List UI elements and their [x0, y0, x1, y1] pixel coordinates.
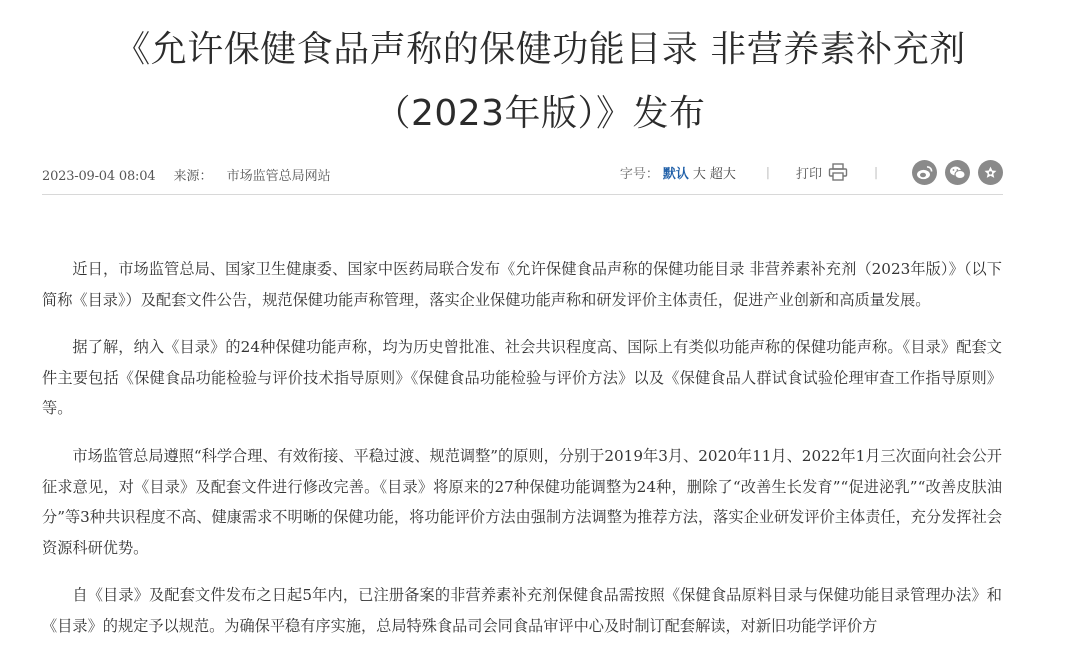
article-title: 《允许保健食品声称的保健功能目录 非营养素补充剂 （2023年版）》发布: [0, 18, 1080, 146]
paragraph: 自《目录》及配套文件发布之日起5年内，已注册备案的非营养素补充剂保健食品需按照《…: [42, 580, 1002, 641]
printer-icon[interactable]: [828, 163, 848, 181]
font-size-label: 字号：: [620, 163, 659, 182]
wechat-icon[interactable]: [945, 160, 970, 185]
paragraph: 市场监管总局遵照“科学合理、有效衔接、平稳过渡、规范调整”的原则，分别于2019…: [42, 441, 1002, 563]
source-label: 来源：: [174, 169, 213, 184]
article-toolbar: 字号： 默认 大 超大 | 打印 |: [620, 157, 1003, 187]
font-size-default-button[interactable]: 默认: [663, 163, 689, 182]
toolbar-separator: |: [874, 165, 878, 179]
toolbar-separator: |: [766, 165, 770, 179]
print-button[interactable]: 打印: [796, 163, 822, 182]
source-name: 市场监管总局网站: [227, 169, 331, 184]
paragraph: 近日，市场监管总局、国家卫生健康委、国家中医药局联合发布《允许保健食品声称的保健…: [42, 254, 1002, 315]
article-title-line2: （2023年版）》发布: [0, 82, 1080, 146]
weibo-icon[interactable]: [912, 160, 937, 185]
article-meta-info: 2023-09-04 08:04 来源： 市场监管总局网站: [42, 165, 331, 184]
paragraph: 据了解，纳入《目录》的24种保健功能声称，均为历史曾批准、社会共识程度高、国际上…: [42, 332, 1002, 424]
font-size-large-button[interactable]: 大: [693, 163, 706, 182]
favorite-star-icon[interactable]: [978, 160, 1003, 185]
article-meta-bar: 2023-09-04 08:04 来源： 市场监管总局网站 字号： 默认 大 超…: [42, 160, 1003, 195]
font-size-xlarge-button[interactable]: 超大: [710, 163, 736, 182]
article-body: 近日，市场监管总局、国家卫生健康委、国家中医药局联合发布《允许保健食品声称的保健…: [42, 254, 1002, 658]
publish-date: 2023-09-04 08:04: [42, 169, 155, 184]
article-title-line1: 《允许保健食品声称的保健功能目录 非营养素补充剂: [0, 18, 1080, 82]
